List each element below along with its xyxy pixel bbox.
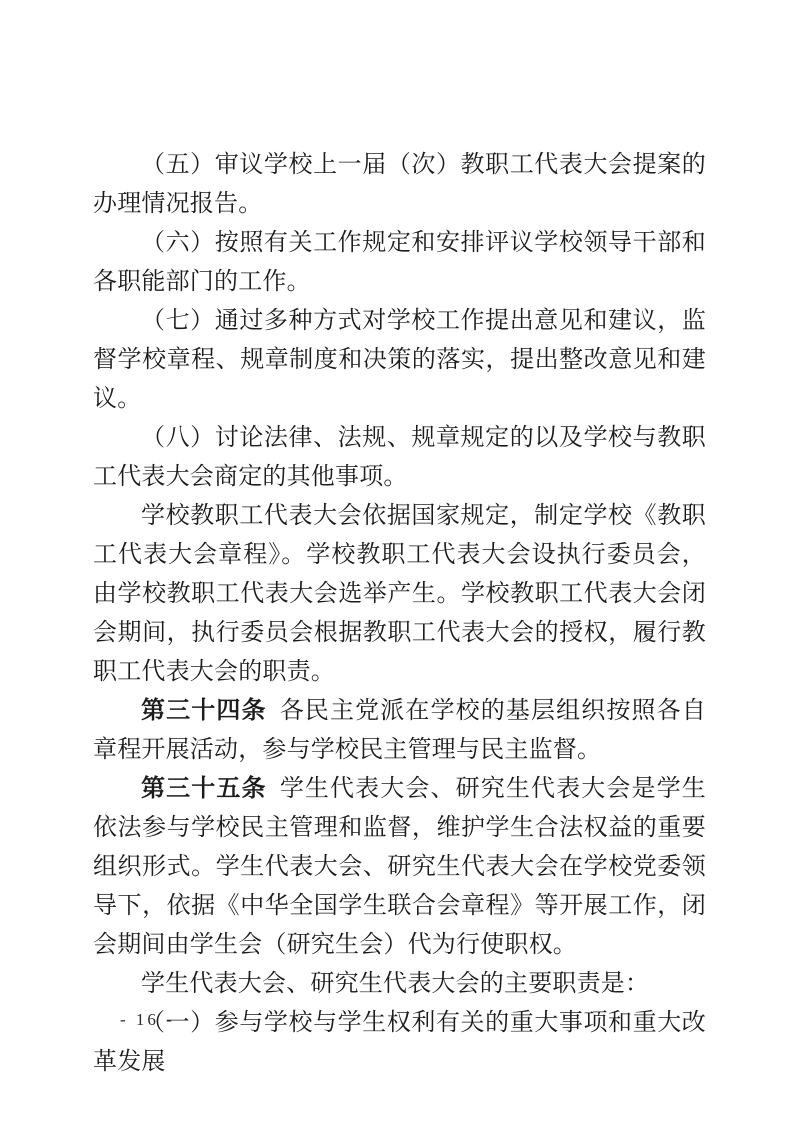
paragraph: 第三十四条各民主党派在学校的基层组织按照各自章程开展活动，参与学校民主管理与民主… xyxy=(93,692,706,770)
paragraph: （八）讨论法律、法规、规章规定的以及学校与教职工代表大会商定的其他事项。 xyxy=(93,419,706,497)
paragraph-text: （一）参与学校与学生权利有关的重大事项和重大改革发展 xyxy=(93,1010,706,1075)
paragraph: （一）参与学校与学生权利有关的重大事项和重大改革发展 xyxy=(93,1004,706,1082)
paragraph-text: 学生代表大会、研究生代表大会的主要职责是： xyxy=(141,971,649,997)
article-number: 第三十五条 xyxy=(141,776,267,802)
article-number: 第三十四条 xyxy=(141,698,267,724)
paragraph-text: （五）审议学校上一届（次）教职工代表大会提案的办理情况报告。 xyxy=(93,152,706,217)
document-page: （五）审议学校上一届（次）教职工代表大会提案的办理情况报告。（六）按照有关工作规… xyxy=(0,0,794,1123)
page-number: - 16 - xyxy=(120,1010,175,1030)
paragraph-text: 学校教职工代表大会依据国家规定，制定学校《教职工代表大会章程》。学校教职工代表大… xyxy=(93,503,706,685)
paragraph-text: （八）讨论法律、法规、规章规定的以及学校与教职工代表大会商定的其他事项。 xyxy=(93,425,706,490)
paragraph: 第三十五条学生代表大会、研究生代表大会是学生依法参与学校民主管理和监督，维护学生… xyxy=(93,770,706,965)
paragraph: 学校教职工代表大会依据国家规定，制定学校《教职工代表大会章程》。学校教职工代表大… xyxy=(93,497,706,692)
paragraph: 学生代表大会、研究生代表大会的主要职责是： xyxy=(93,965,706,1004)
paragraph-text: （六）按照有关工作规定和安排评议学校领导干部和各职能部门的工作。 xyxy=(93,230,706,295)
paragraph-text: 学生代表大会、研究生代表大会是学生依法参与学校民主管理和监督，维护学生合法权益的… xyxy=(93,776,706,958)
document-body: （五）审议学校上一届（次）教职工代表大会提案的办理情况报告。（六）按照有关工作规… xyxy=(93,146,706,1082)
paragraph: （五）审议学校上一届（次）教职工代表大会提案的办理情况报告。 xyxy=(93,146,706,224)
paragraph: （六）按照有关工作规定和安排评议学校领导干部和各职能部门的工作。 xyxy=(93,224,706,302)
paragraph: （七）通过多种方式对学校工作提出意见和建议，监督学校章程、规章制度和决策的落实，… xyxy=(93,302,706,419)
paragraph-text: （七）通过多种方式对学校工作提出意见和建议，监督学校章程、规章制度和决策的落实，… xyxy=(93,308,706,412)
